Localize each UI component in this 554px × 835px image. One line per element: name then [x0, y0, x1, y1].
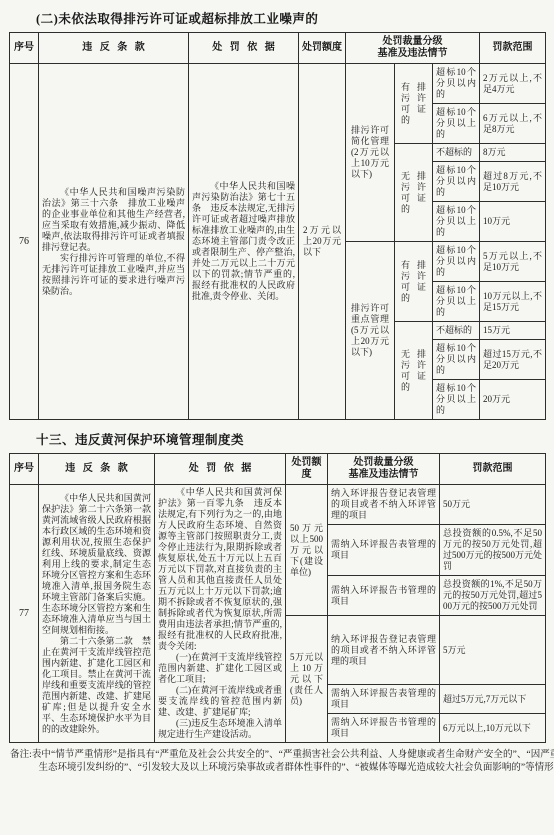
cell-amount: 2万元以上20万元以下 [299, 64, 346, 420]
footnote: 备注:表中“情节严重情形”是指具有“严重危及社会公共安全的”、“严重损害社会公共… [10, 749, 554, 774]
cell-amount-personnel: 5万元以上10万元以下(责任人员) [286, 616, 328, 743]
cell-with-permit: 有排污许可证的 [395, 242, 433, 322]
cell-condition: 纳入环评报告登记表管理的项目或者不纳入环评管理的项目 [328, 485, 440, 525]
cell-condition: 需纳入环评报告表管理的项目 [328, 685, 440, 714]
cell-condition: 超标10个分贝以内的 [433, 64, 480, 104]
cell-fine-range: 20万元 [480, 380, 546, 420]
cell-fine-range: 6万元以上,不足8万元 [480, 104, 546, 144]
header-clause: 违反条款 [39, 454, 155, 485]
cell-seq: 77 [10, 485, 39, 743]
header-seq: 序号 [10, 33, 39, 64]
header-seq: 序号 [10, 454, 39, 485]
header-amount: 处罚额度 [286, 454, 328, 485]
table-header-row: 序号 违反条款 处罚依据 处罚额度 处罚裁量分级 基准及违法情节 罚款范围 [10, 454, 546, 485]
cell-basis: 《中华人民共和国黄河保护法》第一百零九条 违反本法规定,有下列行为之一的,由地方… [155, 485, 286, 743]
grading-row: 76 《中华人民共和国噪声污染防治法》第三十六条 排放工业噪声的企业事业单位和其… [10, 64, 546, 104]
header-basis-label: 处罚依据 [212, 42, 282, 53]
cell-condition: 超标10个分贝以内的 [433, 340, 480, 380]
cell-basis: 《中华人民共和国噪声污染防治法》第七十五条 违反本法规定,无排污许可证或者超过噪… [189, 64, 299, 420]
cell-fine-range: 8万元 [480, 144, 546, 162]
cell-fine-range: 总投资额的0.5%,不足50万元的按50万元处罚,超过500万元的按500万元处… [440, 525, 546, 576]
cell-condition: 不超标的 [433, 322, 480, 340]
cell-condition: 不超标的 [433, 144, 480, 162]
basis-item-1: (一)在黄河干支流岸线管控范围内新建、扩建化工园区或者化工项目; [158, 652, 282, 685]
cell-fine-range: 6万元以上,10万元以下 [440, 714, 546, 743]
cell-fine-range: 超过15万元,不足20万元 [480, 340, 546, 380]
cell-condition: 超标10个分贝以上的 [433, 282, 480, 322]
cell-clause: 《中华人民共和国噪声污染防治法》第三十六条 排放工业噪声的企业事业单位和其他生产… [39, 64, 189, 420]
clause-paragraph-1: 《中华人民共和国噪声污染防治法》第三十六条 排放工业噪声的企业事业单位和其他生产… [42, 187, 185, 253]
header-clause: 违反条款 [39, 33, 189, 64]
basis-item-2: (二)在黄河干流岸线或者重要支流岸线的管控范围内新建、改建、扩建尾矿库; [158, 685, 282, 718]
header-basis: 处罚依据 [189, 33, 299, 64]
header-range: 罚款范围 [440, 454, 546, 485]
cell-clause: 《中华人民共和国黄河保护法》第二十六条第一款 黄河流域省级人民政府根据本行政区域… [39, 485, 155, 743]
basis-paragraph: 《中华人民共和国黄河保护法》第一百零九条 违反本法规定,有下列行为之一的,由地方… [158, 487, 282, 652]
document-page: (二)未依法取得排污许可证或超标排放工业噪声的 序号 违反条款 处罚依据 处罚额… [0, 0, 554, 774]
cell-fine-range: 5万元以上,不足10万元 [480, 242, 546, 282]
section-title-yellow-river: 十三、违反黄河保护环境管理制度类 [36, 430, 546, 448]
header-amount: 处罚额度 [299, 33, 346, 64]
cell-seq: 76 [10, 64, 39, 420]
header-basis: 处罚依据 [155, 454, 286, 485]
yellow-river-penalty-table: 序号 违反条款 处罚依据 处罚额度 处罚裁量分级 基准及违法情节 罚款范围 77… [9, 453, 546, 743]
cell-fine-range: 5万元 [440, 616, 546, 685]
clause-paragraph-2: 实行排污许可管理的单位,不得无排污许可证排放工业噪声,并应当按照排污许可证的要求… [42, 253, 185, 297]
cell-fine-range: 超过5万元,7万元以下 [440, 685, 546, 714]
cell-condition: 超标10个分贝以内的 [433, 242, 480, 282]
cell-condition: 需纳入环评报告书管理的项目 [328, 714, 440, 743]
clause-paragraph-2: 第二十六条第二款 禁止在黄河干支流岸线管控范围内新建、扩建化工园区和化工项目。禁… [42, 636, 151, 735]
header-grading-line2: 基准及违法情节 [347, 48, 478, 60]
header-grading: 处罚裁量分级 基准及违法情节 [346, 33, 480, 64]
header-grading-line2: 基准及违法情节 [329, 469, 438, 481]
cell-group-simplified: 排污许可简化管理(2万元以上10万元以下) [346, 64, 395, 242]
header-range: 罚款范围 [480, 33, 546, 64]
cell-without-permit: 无排污许可证的 [395, 322, 433, 420]
cell-fine-range: 总投资额的1%,不足50万元的按50万元处罚,超过500万元的按500万元处罚 [440, 576, 546, 616]
cell-condition: 纳入环评报告登记表管理的项目或者不纳入环评管理的项目 [328, 616, 440, 685]
header-basis-label: 处罚依据 [189, 463, 259, 474]
cell-condition: 需纳入环评报告书管理的项目 [328, 576, 440, 616]
cell-fine-range: 2万元以上,不足4万元 [480, 64, 546, 104]
basis-item-3: (三)违反生态环境准入清单规定进行生产建设活动。 [158, 718, 282, 740]
cell-condition: 需纳入环评报告表管理的项目 [328, 525, 440, 576]
cell-fine-range: 15万元 [480, 322, 546, 340]
section-title-noise: (二)未依法取得排污许可证或超标排放工业噪声的 [36, 9, 546, 27]
cell-fine-range: 超过8万元,不足10万元 [480, 162, 546, 202]
header-clause-label: 违反条款 [65, 463, 135, 474]
cell-group-key: 排污许可重点管理(5万元以上20万元以下) [346, 242, 395, 420]
header-grading: 处罚裁量分级 基准及违法情节 [328, 454, 440, 485]
cell-condition: 超标10个分贝以上的 [433, 380, 480, 420]
cell-condition: 超标10个分贝以内的 [433, 162, 480, 202]
cell-fine-range: 10万元 [480, 202, 546, 242]
noise-penalty-table: 序号 违反条款 处罚依据 处罚额度 处罚裁量分级 基准及违法情节 罚款范围 76… [9, 32, 546, 420]
cell-condition: 超标10个分贝以上的 [433, 202, 480, 242]
grading-row: 77 《中华人民共和国黄河保护法》第二十六条第一款 黄河流域省级人民政府根据本行… [10, 485, 546, 525]
cell-with-permit: 有排污许可证的 [395, 64, 433, 144]
cell-without-permit: 无排污许可证的 [395, 144, 433, 242]
cell-fine-range: 50万元 [440, 485, 546, 525]
header-grading-line1: 处罚裁量分级 [329, 457, 438, 469]
table-header-row: 序号 违反条款 处罚依据 处罚额度 处罚裁量分级 基准及违法情节 罚款范围 [10, 33, 546, 64]
clause-paragraph-1: 《中华人民共和国黄河保护法》第二十六条第一款 黄河流域省级人民政府根据本行政区域… [42, 493, 151, 636]
cell-fine-range: 10万元以上,不足15万元 [480, 282, 546, 322]
cell-amount-construction: 50万元以上500万元以下(建设单位) [286, 485, 328, 616]
header-clause-label: 违反条款 [82, 42, 152, 53]
cell-condition: 超标10个分贝以上的 [433, 104, 480, 144]
header-grading-line1: 处罚裁量分级 [347, 36, 478, 48]
basis-paragraph: 《中华人民共和国噪声污染防治法》第七十五条 违反本法规定,无排污许可证或者超过噪… [192, 181, 295, 302]
